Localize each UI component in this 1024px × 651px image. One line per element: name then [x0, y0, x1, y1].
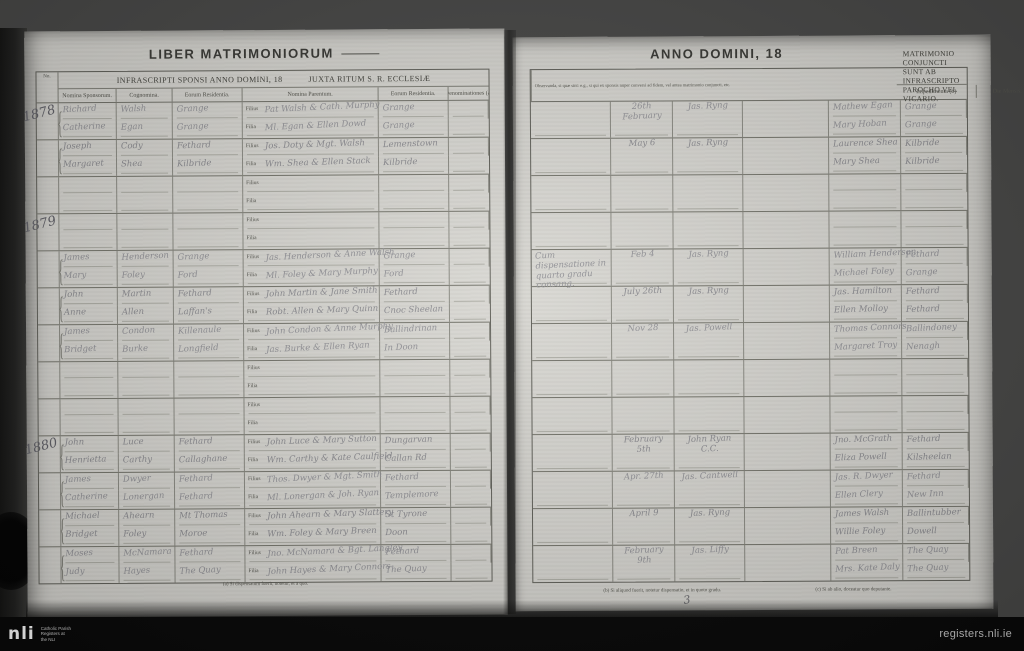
left-column-headers: Nomina Sponsorum. Cognomina. Eorum Resid…	[59, 86, 489, 103]
parent-names-filius: FiliusJohn Condon & Anne Murphy	[244, 323, 380, 342]
entry-brace: {	[59, 474, 65, 512]
sponsus-name: Richard	[59, 103, 117, 121]
denominationes-cell	[450, 323, 490, 341]
handwritten-text	[833, 211, 897, 213]
parent-residence: Ballindrinan	[380, 323, 450, 341]
handwritten-text: Doon	[385, 526, 447, 540]
handwritten-text: Fethard	[385, 471, 447, 486]
witness-residence: Fethard	[902, 303, 968, 321]
filia-label: Filia	[248, 420, 258, 426]
handwritten-text	[906, 377, 965, 379]
register-page-left: LIBER MATRIMONIORUM No. INFRASCRIPTI SPO…	[24, 29, 508, 618]
book-gutter-shadow	[503, 30, 516, 614]
handwritten-text: Fethard	[906, 303, 965, 317]
witness-residence	[902, 414, 968, 432]
witness-cell: William Henderson	[830, 248, 902, 266]
register-entry-left: FiliusFilia	[38, 397, 490, 437]
register-entry-right	[532, 396, 968, 435]
handwritten-text: Wm. Carthy & Kate Caulfield	[267, 452, 377, 468]
sponsus-surname: Egan	[117, 121, 173, 139]
right-footnote-c: (c) Si ab alio, doceatur quo deputante.	[815, 587, 891, 592]
sponsus-name	[60, 380, 118, 398]
handwritten-text	[383, 175, 445, 178]
handwritten-text	[177, 213, 239, 215]
entry-number-cell: {	[37, 140, 59, 176]
handwritten-text: Mrs. Kate Daly	[835, 562, 899, 577]
filia-label: Filia	[246, 124, 256, 130]
observanda-cell	[745, 471, 831, 507]
handwritten-text: Bridget	[65, 528, 115, 542]
witness-cell: Laurence Shea	[829, 137, 901, 155]
witness-cell	[830, 414, 902, 432]
handwritten-text	[177, 176, 239, 179]
denominationes-cell	[450, 267, 490, 285]
handwritten-text	[536, 361, 608, 364]
date-cell: Nov 28	[612, 323, 674, 359]
sponsus-surname: Cody	[117, 140, 173, 158]
witness-cell: Eliza Powell	[831, 451, 903, 469]
handwritten-text	[906, 396, 964, 399]
handwritten-text: Thomas Connors	[834, 322, 898, 337]
handwritten-text	[265, 212, 375, 216]
header-infrascripti: INFRASCRIPTI SPONSI ANNO DOMINI, 18	[117, 74, 283, 84]
handwritten-text: Fethard	[907, 470, 965, 485]
sponsus-name	[59, 195, 117, 213]
year-marker: 1879	[22, 214, 58, 237]
denominationes-cell	[451, 526, 491, 544]
handwritten-text: February 9th	[617, 545, 672, 567]
witness-cell	[830, 359, 902, 377]
sponsus-residence	[173, 176, 243, 194]
parent-names-filius: FiliusJos. Doty & Mgt. Walsh	[243, 138, 379, 157]
witness-residence: Kilbride	[901, 137, 967, 155]
handwritten-text	[121, 177, 169, 179]
handwritten-text: Anne	[64, 306, 114, 320]
col-die-mensis: Die Mensis.	[977, 85, 1024, 98]
denominationes-cell	[451, 452, 491, 470]
date-cell	[612, 360, 674, 396]
handwritten-text: Catherine	[65, 491, 115, 505]
handwritten-text	[63, 214, 113, 216]
handwritten-text: James	[64, 325, 114, 339]
handwritten-text: Ml. Lonergan & Joh. Ryan	[267, 488, 377, 505]
handwritten-text: Jas. Powell	[678, 323, 740, 336]
no-column-header: No.	[36, 72, 58, 102]
handwritten-text: McNamara	[123, 547, 171, 561]
sponsus-name	[60, 399, 118, 417]
handwritten-text	[537, 435, 609, 438]
register-entry-right: July 26thJas. RyngJas. HamiltonFethardEl…	[532, 285, 968, 324]
entry-brace: {	[59, 437, 65, 475]
register-entry-right	[532, 359, 968, 398]
denominationes-cell	[449, 138, 489, 156]
observanda-cell	[743, 101, 829, 137]
handwritten-text: William Henderson	[833, 248, 897, 263]
handwritten-text: Kilbride	[177, 157, 239, 171]
parent-names-filia: Filia	[243, 193, 379, 212]
handwritten-text: Dwyer	[123, 473, 171, 487]
sponsus-surname: McNamara	[119, 547, 175, 565]
year-marker: 1880	[23, 436, 59, 459]
witness-residence: Fethard	[902, 285, 968, 303]
handwritten-text	[384, 360, 446, 362]
handwritten-text: Pat Breen	[835, 544, 899, 559]
denominationes-cell	[449, 101, 489, 119]
witness-cell: Ellen Molloy	[830, 303, 902, 321]
handwritten-text: Dowell	[907, 525, 966, 539]
priest-cell	[673, 175, 743, 211]
witness-residence: The Quay	[903, 562, 969, 580]
handwritten-text: John Martin & Jane Smith	[266, 286, 376, 302]
sponsus-residence: Laffan's	[174, 305, 244, 323]
denominationes-cell	[450, 249, 490, 267]
parent-residence: Callan Rd	[381, 452, 451, 470]
handwritten-text	[265, 230, 375, 234]
date-cell: February 9th	[613, 545, 675, 581]
date-cell	[612, 397, 674, 433]
date-cell	[611, 175, 673, 211]
handwritten-text: Laurence Shea	[833, 137, 897, 151]
parent-names-filia: FiliaWm. Foley & Mary Breen	[245, 526, 381, 545]
handwritten-text	[178, 361, 240, 363]
witness-cell: Jno. McGrath	[831, 433, 903, 451]
filia-label: Filia	[246, 235, 256, 241]
handwritten-text: Hayes	[123, 565, 171, 579]
handwritten-text: Ballindrinan	[384, 323, 446, 338]
impediment-cell	[533, 546, 613, 582]
handwritten-text: Henrietta	[65, 454, 115, 468]
handwritten-text: In Doon	[384, 341, 446, 356]
handwritten-text: Kilsheelan	[907, 451, 966, 465]
handwritten-text: Walsh	[120, 103, 168, 117]
register-entry-right: May 6Jas. RyngLaurence SheaKilbrideMary …	[531, 137, 967, 176]
witness-residence: Grange	[901, 100, 967, 118]
observanda-cell	[743, 212, 829, 248]
handwritten-text: Cody	[121, 140, 169, 154]
right-register-table: MATRIMONIO CONJUNCTI SUNT AB INFRASCRIPT…	[530, 67, 971, 583]
handwritten-text: Willie Foley	[835, 525, 899, 539]
handwritten-text: Cnoc Sheelan	[384, 304, 446, 318]
handwritten-text: Ellen Molloy	[834, 303, 898, 317]
register-entry-right: February 9thJas. LiffyPat BreenThe QuayM…	[533, 544, 969, 582]
handwritten-text: Ford	[177, 268, 239, 283]
handwritten-text: Robt. Allen & Mary Quinn	[266, 304, 376, 320]
denominationes-cell	[450, 397, 490, 415]
right-header-band: MATRIMONIO CONJUNCTI SUNT AB INFRASCRIPT…	[897, 68, 967, 84]
handwritten-text: Jas. Liffy	[679, 545, 741, 558]
handwritten-text	[121, 214, 169, 216]
witness-residence: Nenagh	[902, 340, 968, 358]
witness-cell: Thomas Connors	[830, 322, 902, 340]
sponsus-residence: Ford	[174, 268, 244, 286]
handwritten-text: Fethard	[177, 139, 239, 153]
filius-label: Filius	[247, 254, 260, 260]
witness-cell: Jas. R. Dwyer	[831, 470, 903, 488]
handwritten-text: Pat Walsh & Cath. Murphy	[264, 100, 374, 117]
filius-label: Filius	[248, 476, 261, 482]
register-entry-right: Cum dispensatione in quarto gradu consan…	[532, 248, 968, 287]
impediment-cell	[531, 213, 611, 249]
parent-names-filius: FiliusJno. McNamara & Bgt. Langley	[245, 545, 381, 564]
handwritten-text	[122, 399, 170, 401]
witness-residence: New Inn	[903, 488, 969, 506]
handwritten-text: Callaghane	[179, 453, 241, 467]
sponsus-name: Anne	[60, 306, 118, 324]
impediment-cell	[533, 509, 613, 545]
left-page-title-text: LIBER MATRIMONIORUM	[149, 46, 334, 62]
handwritten-text: Jas. R. Dwyer	[835, 470, 899, 485]
priest-cell	[674, 397, 744, 433]
handwritten-text: John Condon & Anne Murphy	[266, 322, 376, 339]
handwritten-text: The Quay	[907, 544, 965, 559]
parent-names-filius: Filius	[243, 175, 379, 194]
witness-residence: Dowell	[903, 525, 969, 543]
parent-residence	[381, 415, 451, 433]
handwritten-text	[65, 417, 115, 419]
right-column-headers: Impedimenta (b) Die Mensis. Nomen Paroch…	[897, 84, 967, 98]
parent-residence	[379, 212, 449, 230]
handwritten-text: Margaret Troy	[834, 340, 898, 355]
register-entry-right	[531, 174, 967, 213]
priest-cell	[673, 212, 743, 248]
header-juxta: JUXTA RITUM S. R. ECCLESIÆ	[308, 73, 430, 83]
denominationes-cell	[451, 563, 491, 581]
witness-cell	[829, 174, 901, 192]
register-entry-left: {JohnMartinFethardFiliusJohn Martin & Ja…	[38, 286, 490, 326]
handwritten-text	[121, 195, 169, 197]
witness-residence	[901, 211, 967, 229]
register-entry-right	[531, 211, 967, 250]
handwritten-text: Wm. Shea & Ellen Stack	[265, 156, 375, 172]
date-cell: April 9	[613, 508, 675, 544]
parent-residence	[380, 378, 450, 396]
handwritten-text: Grange	[382, 101, 444, 116]
register-entry-right: Nov 28Jas. PowellThomas ConnorsBallindon…	[532, 322, 968, 361]
handwritten-text: John	[64, 288, 114, 302]
witness-cell: Mary Shea	[829, 155, 901, 173]
year-marker: 1878	[21, 103, 57, 126]
denominationes-cell	[451, 489, 491, 507]
handwritten-text: Kilbride	[905, 155, 964, 169]
filius-label: Filius	[247, 365, 260, 371]
filia-label: Filia	[248, 494, 258, 500]
impediment-cell	[532, 324, 612, 360]
entry-number-cell: 1880{	[39, 436, 61, 472]
handwritten-text: Fethard	[179, 435, 241, 449]
handwritten-text: February 5th	[616, 434, 671, 456]
witness-residence: Grange	[901, 118, 967, 136]
handwritten-text: Wm. Foley & Mary Breen	[267, 526, 377, 542]
filia-label: Filia	[247, 383, 257, 389]
handwritten-text: Jas. Ryng	[677, 101, 739, 114]
sponsus-residence	[175, 416, 245, 434]
sponsus-surname	[117, 177, 173, 195]
witness-cell	[830, 377, 902, 395]
handwritten-text	[179, 416, 241, 419]
handwritten-text: Ford	[383, 267, 445, 282]
sponsus-residence: The Quay	[175, 564, 245, 582]
sponsus-surname: Walsh	[117, 103, 173, 121]
register-entry-left: 1878{RichardWalshGrangeFiliusPat Walsh &…	[37, 101, 489, 141]
witness-residence: Ballindoney	[902, 322, 968, 340]
witness-residence: Grange	[902, 266, 968, 284]
parent-residence: Doon	[381, 526, 451, 544]
handwritten-text: Burke	[122, 343, 170, 357]
handwritten-text	[536, 323, 608, 326]
sponsus-surname: Carthy	[119, 454, 175, 472]
date-cell: 26th February	[611, 101, 673, 137]
handwritten-text	[833, 192, 897, 195]
handwritten-text: Ballindoney	[906, 322, 964, 337]
parent-residence	[379, 193, 449, 211]
sponsus-surname: Condon	[118, 325, 174, 343]
denominationes-cell	[450, 341, 490, 359]
filius-label: Filius	[246, 143, 259, 149]
sponsus-name	[59, 214, 117, 232]
handwritten-text	[385, 415, 447, 418]
handwritten-text: Cum dispensatione in quarto gradu consan…	[535, 249, 609, 291]
handwritten-text: Callan Rd	[385, 452, 447, 466]
sponsus-residence: Grange	[173, 102, 243, 120]
handwritten-text: Carthy	[123, 454, 171, 468]
sponsus-surname	[118, 362, 174, 380]
left-table-body: 1878{RichardWalshGrangeFiliusPat Walsh &…	[37, 101, 492, 584]
sponsus-name: John	[60, 288, 118, 306]
handwritten-text	[537, 509, 609, 512]
handwritten-text	[615, 212, 669, 214]
parent-names-filia: FiliaJohn Hayes & Mary Connors	[245, 563, 381, 582]
parent-names-filius: Filius	[244, 360, 380, 379]
sponsus-residence: Fethard	[175, 435, 245, 453]
parent-names-filius: FiliusJas. Henderson & Anne Walsh	[244, 249, 380, 268]
handwritten-text: Mary	[63, 269, 113, 283]
observanda-cell	[743, 175, 829, 211]
handwritten-text: Longfield	[178, 342, 240, 357]
filius-label: Filius	[247, 328, 260, 334]
sponsus-residence: Kilbride	[173, 157, 243, 175]
viewer-footer-bar: nli Catholic Parish Registers at the NLI…	[0, 617, 1024, 651]
filius-label: Filius	[246, 217, 259, 223]
priest-cell: Jas. Ryng	[673, 101, 743, 137]
witness-cell: Willie Foley	[831, 525, 903, 543]
witness-cell	[829, 211, 901, 229]
parent-names-filius: FiliusPat Walsh & Cath. Murphy	[243, 101, 379, 120]
parent-names-filia: FiliaWm. Carthy & Kate Caulfield	[245, 452, 381, 471]
handwritten-text	[64, 380, 114, 382]
parent-names-filia: FiliaJas. Burke & Ellen Ryan	[244, 341, 380, 360]
parent-residence: The Quay	[381, 563, 451, 581]
sponsus-surname: Hayes	[119, 565, 175, 583]
denominationes-cell	[449, 193, 489, 211]
denominationes-cell	[451, 415, 491, 433]
register-entry-left: 1879FiliusFilia	[37, 212, 489, 252]
entry-number-cell	[38, 362, 60, 398]
handwritten-text: Fethard	[906, 285, 964, 299]
handwritten-text: Jno. McNamara & Bgt. Langley	[267, 544, 377, 561]
witness-residence: Fethard	[903, 433, 969, 451]
filia-label: Filia	[247, 346, 257, 352]
handwritten-text: Lemenstown	[383, 138, 445, 152]
register-entry-right: Apr. 27thJas. CantwellJas. R. DwyerFetha…	[533, 470, 969, 509]
parent-residence: Grange	[379, 101, 449, 119]
handwritten-text	[64, 362, 114, 364]
handwritten-text: Jas. Ryng	[677, 249, 739, 262]
witness-cell: James Walsh	[831, 507, 903, 525]
impediment-cell	[531, 102, 611, 138]
sponsus-name: Judy	[61, 565, 119, 583]
col-denominationes: Denominationes (a)	[449, 87, 489, 100]
sponsus-residence	[173, 213, 243, 231]
date-cell: July 26th	[612, 286, 674, 322]
parent-residence: Grange	[379, 119, 449, 137]
entry-brace: {	[58, 252, 64, 290]
handwritten-text: John Ryan C.C.	[678, 434, 741, 456]
title-rule	[342, 53, 380, 54]
entry-number-cell: 1879	[37, 214, 59, 250]
handwritten-text: Jas. Burke & Ellen Ryan	[266, 340, 376, 357]
parent-residence: Kilbride	[379, 156, 449, 174]
handwritten-text: Foley	[123, 528, 171, 542]
handwritten-text: Fethard	[179, 546, 241, 561]
sponsus-surname: Foley	[119, 528, 175, 546]
witness-cell: Mathew Egan	[829, 100, 901, 118]
handwritten-text	[615, 175, 669, 177]
observanda-cell	[744, 323, 830, 359]
sponsus-residence: Fethard	[175, 546, 245, 564]
date-cell	[611, 212, 673, 248]
handwritten-text: Jas. Ryng	[677, 138, 739, 150]
handwritten-text: July 26th	[616, 286, 670, 298]
handwritten-text: Nenagh	[906, 340, 965, 355]
priest-cell: Jas. Ryng	[673, 138, 743, 174]
handwritten-text: Michael Foley	[834, 266, 898, 281]
handwritten-text	[123, 417, 171, 419]
nli-logo-caption: Catholic Parish Registers at the NLI	[41, 626, 71, 642]
denominationes-cell	[450, 378, 490, 396]
filia-label: Filia	[247, 309, 257, 315]
handwritten-text	[535, 139, 607, 142]
sponsus-residence: Fethard	[175, 490, 245, 508]
witness-cell	[830, 229, 902, 247]
parent-names-filius: Filius	[243, 212, 379, 231]
observanda-cell	[744, 286, 830, 322]
impediment-cell: Cum dispensatione in quarto gradu consan…	[532, 250, 612, 286]
right-table-body: 26th FebruaryJas. RyngMathew EganGrangeM…	[531, 100, 970, 582]
col-cognomina: Cognomina.	[117, 89, 173, 102]
handwritten-text: Feb 4	[615, 249, 669, 261]
denominationes-cell	[451, 508, 491, 526]
filius-label: Filius	[248, 439, 261, 445]
register-entry-left: {MichaelAhearnMt ThomasFiliusJohn Ahearn…	[39, 508, 491, 548]
filius-label: Filius	[248, 513, 261, 519]
register-entry-right: 26th FebruaryJas. RyngMathew EganGrangeM…	[531, 100, 967, 139]
observanda-cell	[744, 397, 830, 433]
handwritten-text: Grange	[176, 102, 238, 117]
sponsus-name: Michael	[61, 510, 119, 528]
parent-residence: Grange	[380, 249, 450, 267]
sponsus-name: Moses	[61, 547, 119, 565]
handwritten-text: Templemore	[385, 489, 447, 504]
handwritten-text: Lonergan	[123, 491, 171, 505]
handwritten-text	[835, 414, 899, 417]
handwritten-text: Grange	[906, 266, 965, 281]
witness-cell	[830, 396, 902, 414]
handwritten-text: Ellen Clery	[835, 488, 899, 503]
sponsus-residence: Grange	[174, 250, 244, 268]
handwritten-text: Mary Hoban	[833, 118, 897, 133]
witness-residence	[901, 174, 967, 192]
parent-residence: Lemenstown	[379, 138, 449, 156]
